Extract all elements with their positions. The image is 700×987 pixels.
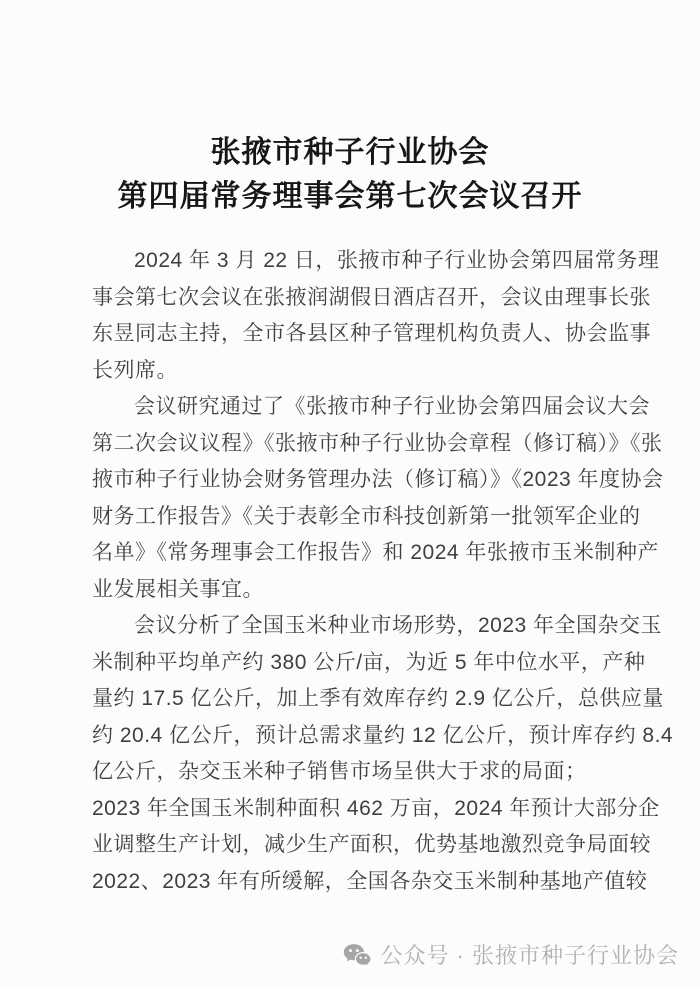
article-line: 米制种平均单产约 380 公斤/亩，为近 5 年中位水平，产种: [92, 645, 608, 682]
article-line: 名单》《常务理事会工作报告》和 2024 年张掖市玉米制种产: [92, 535, 608, 572]
article-line: 业发展相关事宜。: [92, 572, 608, 609]
paragraph: 2024 年 3 月 22 日，张掖市种子行业协会第四届常务理事会第七次会议在张…: [92, 243, 608, 389]
article-line: 会议分析了全国玉米种业市场形势，2023 年全国杂交玉: [92, 608, 608, 645]
article-line: 财务工作报告》《关于表彰全市科技创新第一批领军企业的: [92, 499, 608, 536]
article-line: 东昱同志主持，全市各县区种子管理机构负责人、协会监事: [92, 316, 608, 353]
article-line: 会议研究通过了《张掖市种子行业协会第四届会议大会: [92, 389, 608, 426]
article-line: 掖市种子行业协会财务管理办法（修订稿）》《2023 年度协会: [92, 462, 608, 499]
article: 2024 年 3 月 22 日，张掖市种子行业协会第四届常务理事会第七次会议在张…: [0, 243, 700, 900]
official-account-watermark: 公众号 · 张掖市种子行业协会: [343, 939, 679, 970]
article-line: 第二次会议议程》《张掖市种子行业协会章程（修订稿）》《张: [92, 426, 608, 463]
article-line: 约 20.4 亿公斤，预计总需求量约 12 亿公斤，预计库存约 8.4: [92, 718, 608, 755]
article-line: 2024 年 3 月 22 日，张掖市种子行业协会第四届常务理: [92, 243, 608, 280]
page-title-line-1: 张掖市种子行业协会: [0, 131, 700, 175]
article-line: 2022、2023 年有所缓解，全国各杂交玉米制种基地产值较: [92, 864, 608, 901]
article-line: 量约 17.5 亿公斤，加上季有效库存约 2.9 亿公斤，总供应量: [92, 681, 608, 718]
paragraph: 会议分析了全国玉米种业市场形势，2023 年全国杂交玉米制种平均单产约 380 …: [92, 608, 608, 900]
official-account-label: 公众号 · 张掖市种子行业协会: [380, 939, 679, 970]
paragraph: 会议研究通过了《张掖市种子行业协会第四届会议大会第二次会议议程》《张掖市种子行业…: [92, 389, 608, 608]
page-title: 张掖市种子行业协会 第四届常务理事会第七次会议召开: [0, 131, 700, 219]
article-line: 业调整生产计划，减少生产面积，优势基地激烈竞争局面较: [92, 827, 608, 864]
article-line: 2023 年全国玉米制种面积 462 万亩，2024 年预计大部分企: [92, 791, 608, 828]
article-line: 亿公斤，杂交玉米种子销售市场呈供大于求的局面；: [92, 754, 608, 791]
page-title-line-2: 第四届常务理事会第七次会议召开: [0, 175, 700, 219]
article-line: 长列席。: [92, 353, 608, 390]
wechat-icon: [343, 943, 371, 967]
article-line: 事会第七次会议在张掖润湖假日酒店召开，会议由理事长张: [92, 280, 608, 317]
